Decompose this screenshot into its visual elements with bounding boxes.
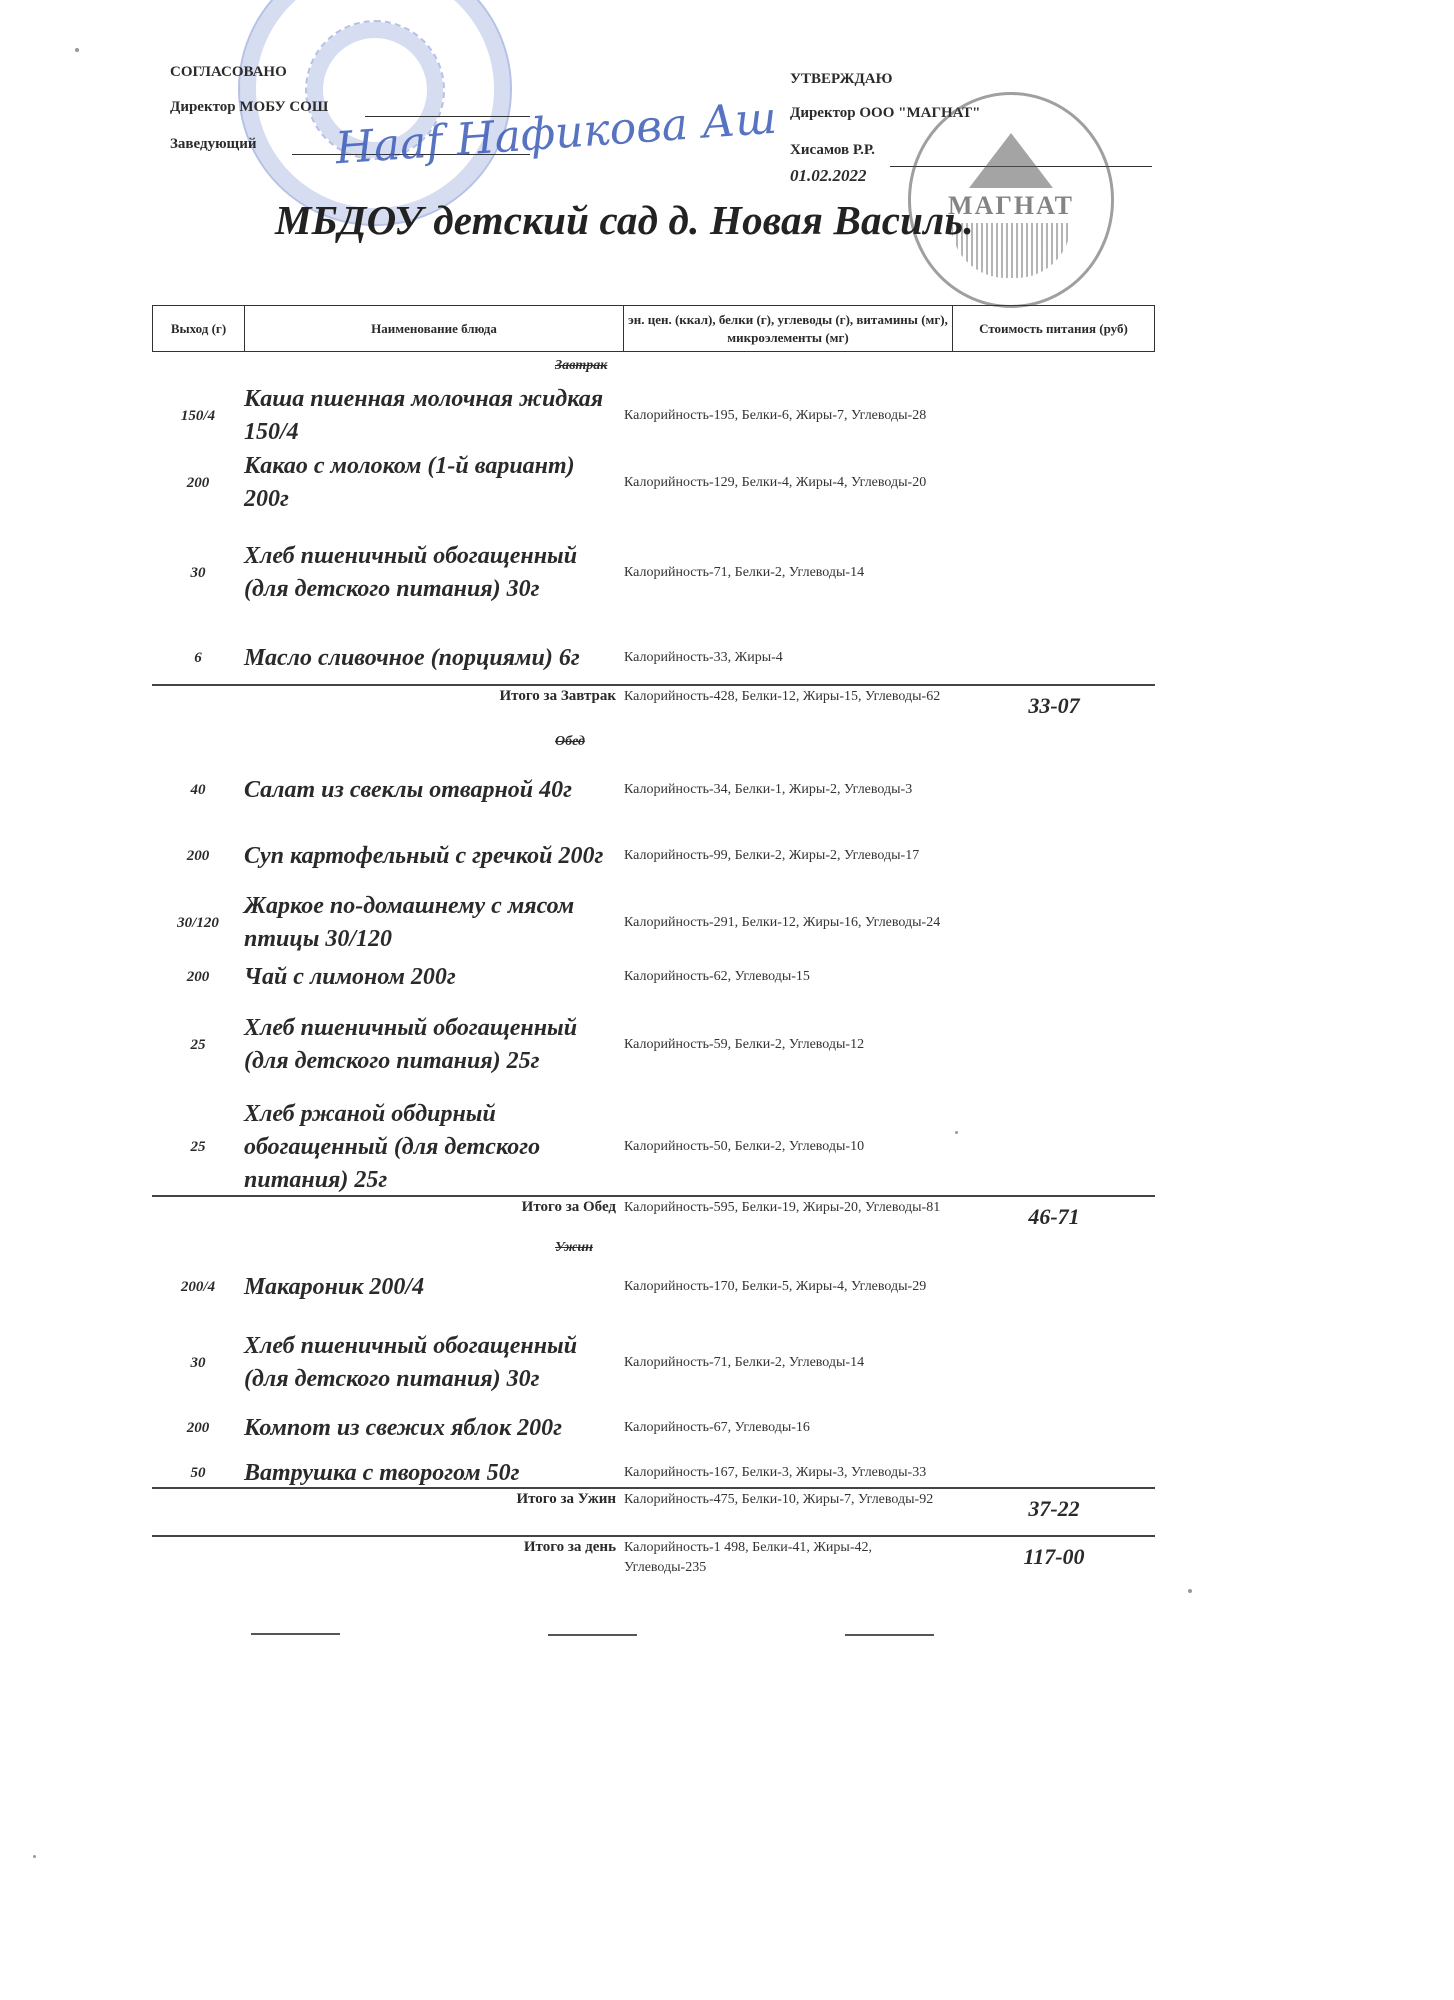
- nutrition-cell: Калорийность-167, Белки-3, Жиры-3, Углев…: [624, 1463, 954, 1483]
- dish-name-cell: Чай с лимоном 200г: [244, 961, 624, 994]
- scan-speck: [955, 1131, 958, 1134]
- portion-cell: 25: [152, 1037, 244, 1054]
- portion-cell: 6: [152, 650, 244, 667]
- approval-right-name: Хисамов Р.Р.: [790, 142, 875, 159]
- portion-cell: 30: [152, 565, 244, 582]
- dish-name-cell: Хлеб ржаной обдирный обогащенный (для де…: [244, 1098, 624, 1197]
- portion-cell: 200: [152, 1420, 244, 1437]
- nutrition-cell: Калорийность-195, Белки-6, Жиры-7, Углев…: [624, 406, 954, 426]
- portion-cell: 200/4: [152, 1279, 244, 1296]
- portion-cell: 200: [152, 475, 244, 492]
- total-label: Итого за Ужин: [152, 1490, 624, 1508]
- total-cost: 37-22: [954, 1490, 1154, 1522]
- nutrition-cell: Калорийность-170, Белки-5, Жиры-4, Углев…: [624, 1277, 954, 1297]
- dish-name-cell: Хлеб пшеничный обогащенный (для детского…: [244, 1330, 624, 1396]
- portion-cell: 150/4: [152, 408, 244, 425]
- header-dish: Наименование блюда: [245, 306, 624, 352]
- menu-item-row: 40Салат из свеклы отварной 40гКалорийнос…: [152, 757, 1155, 823]
- menu-item-row: 30/120Жаркое по-домашнему с мясом птицы …: [152, 890, 1155, 956]
- dish-name-cell: Хлеб пшеничный обогащенный (для детского…: [244, 1012, 624, 1078]
- day-total-cost: 117-00: [954, 1538, 1154, 1570]
- nutrition-cell: Калорийность-291, Белки-12, Жиры-16, Угл…: [624, 913, 954, 933]
- section-heading: Обед: [555, 734, 585, 750]
- approval-left-position: Директор МОБУ СОШ: [170, 99, 328, 116]
- portion-cell: 200: [152, 848, 244, 865]
- menu-item-row: 30Хлеб пшеничный обогащенный (для детско…: [152, 1313, 1155, 1413]
- dish-name-cell: Жаркое по-домашнему с мясом птицы 30/120: [244, 890, 624, 956]
- day-divider: [152, 1535, 1155, 1537]
- document-title: МБДОУ детский сад д. Новая Василь.: [275, 196, 974, 244]
- nutrition-cell: Калорийность-71, Белки-2, Углеводы-14: [624, 1353, 954, 1373]
- approval-left-heading: СОГЛАСОВАНО: [170, 64, 287, 81]
- portion-cell: 40: [152, 782, 244, 799]
- nutrition-cell: Калорийность-33, Жиры-4: [624, 648, 954, 668]
- menu-item-row: 25Хлеб ржаной обдирный обогащенный (для …: [152, 1097, 1155, 1197]
- scan-speck: [33, 1855, 36, 1858]
- menu-item-row: 200Компот из свежих яблок 200гКалорийнос…: [152, 1412, 1155, 1444]
- menu-item-row: 25Хлеб пшеничный обогащенный (для детско…: [152, 995, 1155, 1095]
- menu-item-row: 30Хлеб пшеничный обогащенный (для детско…: [152, 523, 1155, 623]
- nutrition-cell: Калорийность-62, Углеводы-15: [624, 967, 954, 987]
- section-divider: [152, 1487, 1155, 1489]
- nutrition-cell: Калорийность-34, Белки-1, Жиры-2, Углево…: [624, 780, 954, 800]
- day-total-nutrition: Калорийность-1 498, Белки-41, Жиры-42, У…: [624, 1538, 954, 1578]
- portion-cell: 50: [152, 1465, 244, 1482]
- portion-cell: 30/120: [152, 915, 244, 932]
- total-cost: 33-07: [954, 687, 1154, 719]
- nutrition-cell: Калорийность-71, Белки-2, Углеводы-14: [624, 563, 954, 583]
- section-total-row: Итого за ЗавтракКалорийность-428, Белки-…: [152, 687, 1155, 731]
- scan-speck: [75, 48, 79, 52]
- menu-item-row: 6Масло сливочное (порциями) 6гКалорийнос…: [152, 628, 1155, 688]
- dish-name-cell: Масло сливочное (порциями) 6г: [244, 642, 624, 675]
- menu-item-row: 200Чай с лимоном 200гКалорийность-62, Уг…: [152, 962, 1155, 992]
- section-divider: [152, 1195, 1155, 1197]
- blank-line: [548, 1634, 637, 1636]
- menu-table-header: Выход (г) Наименование блюда эн. цен. (к…: [152, 305, 1155, 352]
- nutrition-cell: Калорийность-67, Углеводы-16: [624, 1418, 954, 1438]
- section-total-row: Итого за УжинКалорийность-475, Белки-10,…: [152, 1490, 1155, 1534]
- total-nutrition: Калорийность-428, Белки-12, Жиры-15, Угл…: [624, 687, 954, 707]
- day-total-row: Итого за деньКалорийность-1 498, Белки-4…: [152, 1538, 1155, 1582]
- nutrition-cell: Калорийность-99, Белки-2, Жиры-2, Углево…: [624, 846, 954, 866]
- dish-name-cell: Суп картофельный с гречкой 200г: [244, 840, 624, 873]
- total-label: Итого за Завтрак: [152, 687, 624, 705]
- total-label: Итого за Обед: [152, 1198, 624, 1216]
- dish-name-cell: Каша пшенная молочная жидкая 150/4: [244, 383, 624, 449]
- dish-name-cell: Компот из свежих яблок 200г: [244, 1412, 624, 1445]
- total-cost: 46-71: [954, 1198, 1154, 1230]
- dish-name-cell: Ватрушка с творогом 50г: [244, 1457, 624, 1490]
- blank-line: [251, 1633, 340, 1635]
- section-divider: [152, 684, 1155, 686]
- dish-name-cell: Хлеб пшеничный обогащенный (для детского…: [244, 540, 624, 606]
- header-portion: Выход (г): [153, 306, 245, 352]
- portion-cell: 200: [152, 969, 244, 986]
- nutrition-cell: Калорийность-50, Белки-2, Углеводы-10: [624, 1137, 954, 1157]
- approval-right-heading: УТВЕРЖДАЮ: [790, 71, 893, 88]
- section-heading: Ужин: [555, 1240, 593, 1256]
- dish-name-cell: Какао с молоком (1-й вариант) 200г: [244, 450, 624, 516]
- dish-name-cell: Макароник 200/4: [244, 1271, 624, 1304]
- approval-left-role: Заведующий: [170, 136, 256, 153]
- total-nutrition: Калорийность-595, Белки-19, Жиры-20, Угл…: [624, 1198, 954, 1218]
- blank-line: [845, 1634, 934, 1636]
- menu-item-row: 150/4Каша пшенная молочная жидкая 150/4К…: [152, 383, 1155, 449]
- header-cost: Стоимость питания (руб): [953, 306, 1155, 352]
- menu-item-row: 200 Суп картофельный с гречкой 200гКалор…: [152, 823, 1155, 889]
- portion-cell: 30: [152, 1355, 244, 1372]
- approval-date: 01.02.2022: [790, 166, 867, 186]
- section-heading: Завтрак: [555, 358, 607, 374]
- dish-name-cell: Салат из свеклы отварной 40г: [244, 774, 624, 807]
- day-total-label: Итого за день: [152, 1538, 624, 1556]
- nutrition-cell: Калорийность-129, Белки-4, Жиры-4, Углев…: [624, 473, 954, 493]
- header-nutrition: эн. цен. (ккал), белки (г), углеводы (г)…: [624, 306, 953, 352]
- menu-item-row: 200/4Макароник 200/4Калорийность-170, Бе…: [152, 1265, 1155, 1309]
- menu-item-row: 200Какао с молоком (1-й вариант) 200гКал…: [152, 450, 1155, 516]
- scan-speck: [1188, 1589, 1192, 1593]
- section-total-row: Итого за ОбедКалорийность-595, Белки-19,…: [152, 1198, 1155, 1242]
- stamp-mountain-icon: [969, 133, 1053, 188]
- portion-cell: 25: [152, 1139, 244, 1156]
- total-nutrition: Калорийность-475, Белки-10, Жиры-7, Угле…: [624, 1490, 954, 1510]
- nutrition-cell: Калорийность-59, Белки-2, Углеводы-12: [624, 1035, 954, 1055]
